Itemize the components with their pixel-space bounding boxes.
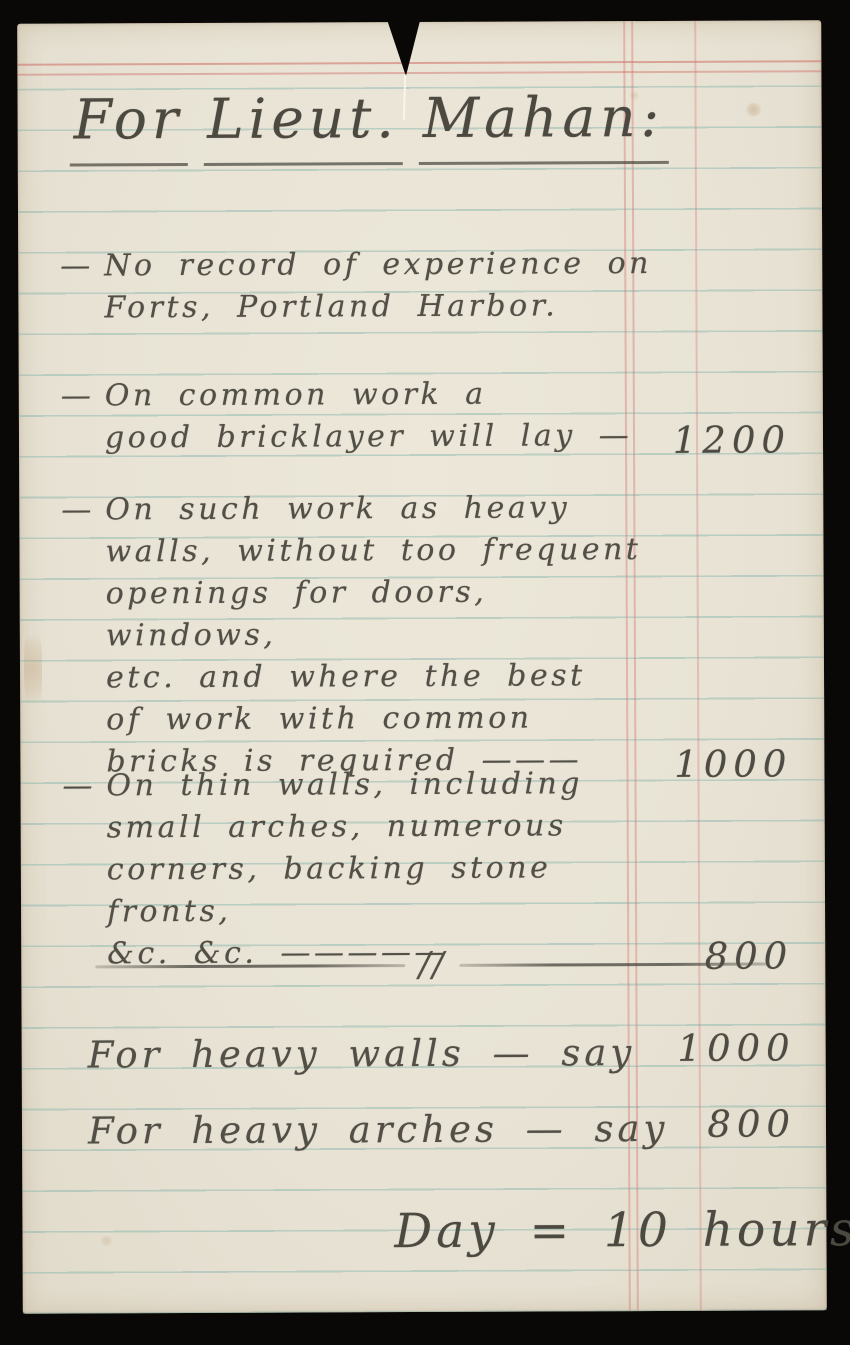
note-line: small arches, numerous (107, 805, 682, 850)
summary-value: 800 (707, 1102, 796, 1145)
red-header-rule (17, 60, 821, 76)
page-title: ForLieut.Mahan: (69, 85, 684, 167)
divider-line (95, 964, 405, 968)
note-item-text: No record of experience on Forts, Portla… (104, 243, 679, 330)
note-item-text: On common work a good bricklayer will la… (105, 373, 680, 460)
note-line: On thin walls, including (106, 763, 681, 808)
note-item-text: On such work as heavy walls, without too… (105, 487, 681, 784)
summary-row: For heavy arches — say 800 (88, 1106, 800, 1169)
note-line: openings for doors, windows, (106, 571, 681, 658)
bullet-dash: — (61, 489, 91, 531)
summary-label: For heavy walls — say (88, 1031, 636, 1076)
summary-label: For heavy arches — say (88, 1107, 669, 1153)
title-word: Mahan: (419, 85, 669, 165)
foxing-stain (100, 1235, 112, 1246)
ditto-mark: // (419, 948, 446, 982)
note-line: corners, backing stone fronts, (107, 847, 682, 934)
notebook-page: ForLieut.Mahan: — No record of experienc… (17, 20, 827, 1313)
note-line: No record of experience on (104, 243, 679, 288)
note-line: On common work a (105, 373, 680, 418)
bullet-dash: — (60, 245, 90, 287)
note-line: On such work as heavy (105, 487, 680, 532)
note-item: — On thin walls, including small arches,… (106, 762, 799, 975)
summary-row: For heavy walls — say 1000 (88, 1030, 800, 1093)
photo-background: ForLieut.Mahan: — No record of experienc… (0, 0, 850, 1345)
bullet-dash: — (62, 765, 92, 807)
note-line: Forts, Portland Harbor. (104, 285, 679, 330)
divider-line (460, 962, 770, 966)
note-item-text: On thin walls, including small arches, n… (106, 763, 682, 976)
note-line: good bricklayer will lay — (105, 415, 680, 460)
day-definition-note: Day = 10 hours. (394, 1202, 850, 1259)
title-word: For (69, 87, 187, 167)
note-line: etc. and where the best (106, 655, 681, 700)
section-divider: // (95, 950, 769, 979)
bullet-dash: — (61, 375, 91, 417)
foxing-stain (746, 103, 762, 117)
note-line: walls, without too frequent (105, 529, 680, 574)
note-item: — On common work a good bricklayer will … (105, 372, 797, 459)
summary-value: 1000 (677, 1026, 795, 1070)
note-line: of work with common (106, 697, 681, 742)
note-item: — On such work as heavy walls, without t… (105, 486, 798, 783)
bricks-per-day-value: 1200 (673, 421, 791, 459)
paper-tear (387, 20, 420, 76)
title-word: Lieut. (203, 86, 403, 166)
note-item: — No record of experience on Forts, Port… (104, 242, 796, 329)
foxing-stain (24, 624, 42, 714)
